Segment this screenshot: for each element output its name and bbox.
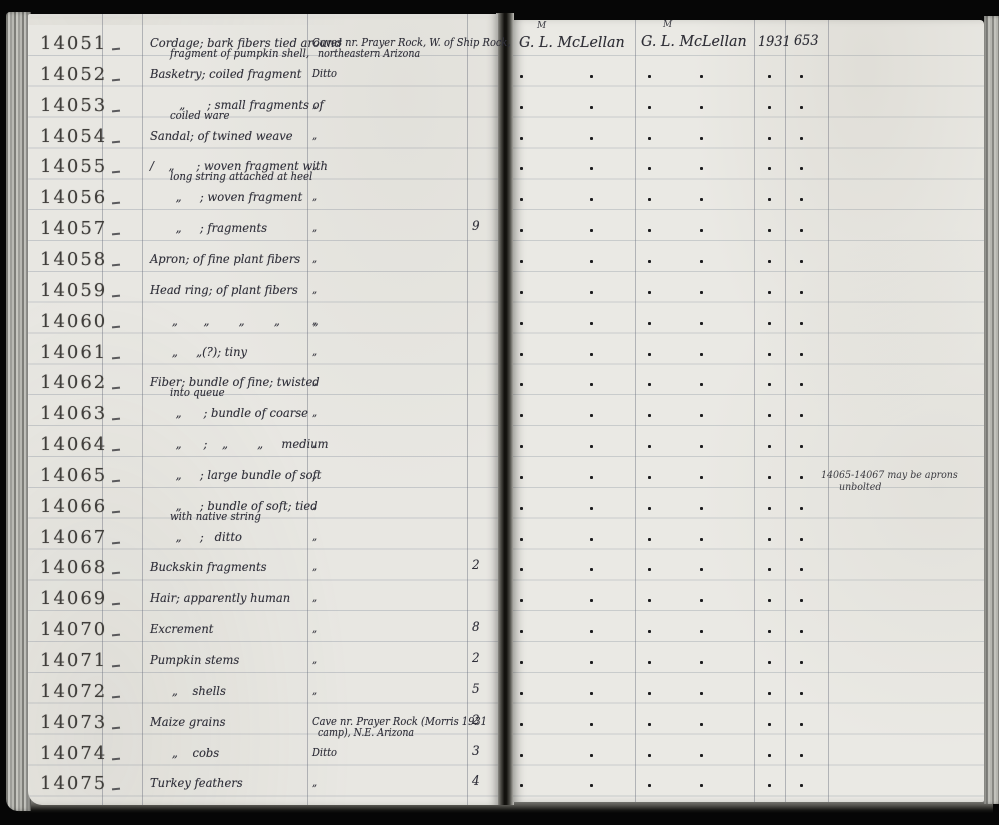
ditto-dot xyxy=(590,445,593,448)
ledger-row: 14061 „ „(?); tiny„ xyxy=(28,342,498,373)
ditto-dot xyxy=(590,568,593,571)
ditto-dot xyxy=(800,198,803,201)
ditto-dot xyxy=(800,599,803,602)
ditto-dot xyxy=(768,568,771,571)
catalog-number: 14074 xyxy=(40,743,107,764)
ditto-dot xyxy=(590,754,593,757)
ledger-row: 14069Hair; apparently human„ xyxy=(28,588,498,619)
locality-line1: „ xyxy=(312,344,317,358)
ditto-dot xyxy=(700,414,703,417)
ditto-dot xyxy=(700,661,703,664)
description-line1: Hair; apparently human xyxy=(150,590,290,605)
description-line1: „ shells xyxy=(150,683,226,698)
catalog-number: 14057 xyxy=(40,218,107,239)
ledger-row: 14067 „ ; ditto„ xyxy=(28,527,498,558)
ledger-right-page: G. L. McLellan M G. L. McLellan M 1931 6… xyxy=(513,20,984,802)
ditto-dot xyxy=(768,198,771,201)
description-line1: Turkey feathers xyxy=(150,775,243,790)
specimen-count: 2 xyxy=(472,558,480,573)
specimen-count: 4 xyxy=(472,774,480,789)
ditto-dot xyxy=(700,198,703,201)
ditto-dot xyxy=(520,167,523,170)
ledger-row: 14074 „ cobsDitto3 xyxy=(28,743,498,774)
ditto-dot xyxy=(800,322,803,325)
ditto-dot xyxy=(520,661,523,664)
dash-mark xyxy=(112,233,120,236)
ditto-dot xyxy=(768,538,771,541)
ditto-dot xyxy=(800,75,803,78)
column-rule-year xyxy=(785,20,786,802)
catalog-number: 14063 xyxy=(40,403,107,424)
ledger-row: 14053 „ ; small fragments ofcoiled ware„ xyxy=(28,95,498,126)
description-line1: „ ; „ „ medium xyxy=(150,436,328,451)
description-line1: „ ; large bundle of soft xyxy=(150,467,321,482)
ditto-dot xyxy=(800,414,803,417)
marginal-annotation-line2: unbolted xyxy=(839,481,881,493)
ditto-dot xyxy=(768,383,771,386)
received-from-name: G. L. McLellan xyxy=(641,32,747,50)
locality-line1: „ xyxy=(312,220,317,234)
ditto-dot xyxy=(700,692,703,695)
description-line1: Buckskin fragments xyxy=(150,559,266,574)
ditto-dot xyxy=(648,630,651,633)
ditto-dot xyxy=(768,661,771,664)
locality-line1: „ xyxy=(312,405,317,419)
catalog-number: 14059 xyxy=(40,280,107,301)
ditto-dot xyxy=(700,507,703,510)
ditto-dot xyxy=(800,538,803,541)
ditto-dot xyxy=(700,291,703,294)
ditto-dot xyxy=(520,353,523,356)
ditto-dot xyxy=(800,507,803,510)
locality-line1: „ xyxy=(312,529,317,543)
ditto-dot xyxy=(768,476,771,479)
ditto-dot xyxy=(648,692,651,695)
ditto-dot xyxy=(800,754,803,757)
ditto-dot xyxy=(590,198,593,201)
ditto-dot xyxy=(768,137,771,140)
ledger-row: 14068Buckskin fragments„2 xyxy=(28,557,498,588)
description-line1: Apron; of fine plant fibers xyxy=(150,251,300,266)
ditto-dot xyxy=(520,568,523,571)
ditto-dot xyxy=(520,414,523,417)
description-line1: Pumpkin stems xyxy=(150,652,239,667)
dash-mark xyxy=(112,603,120,606)
ditto-dot xyxy=(768,260,771,263)
dash-mark xyxy=(112,757,120,760)
ledger-row: 14065 „ ; large bundle of soft„ xyxy=(28,465,498,496)
catalog-number: 14051 xyxy=(40,33,107,54)
ditto-dot xyxy=(700,754,703,757)
description-line2: into queue xyxy=(170,386,225,399)
locality-line1: „ xyxy=(312,590,317,604)
description-line1: „ ; fragments xyxy=(150,220,267,235)
specimen-count: 9 xyxy=(472,219,480,234)
ditto-dot xyxy=(648,291,651,294)
ditto-dot xyxy=(800,353,803,356)
catalog-number: 14056 xyxy=(40,187,107,208)
ditto-dot xyxy=(768,784,771,787)
specimen-count: 3 xyxy=(472,744,480,759)
ditto-dot xyxy=(768,322,771,325)
ditto-dot xyxy=(590,476,593,479)
ditto-dot xyxy=(520,229,523,232)
ditto-dot xyxy=(648,754,651,757)
dash-mark xyxy=(112,325,120,328)
catalog-number: 14065 xyxy=(40,465,107,486)
dash-mark xyxy=(112,479,120,482)
ditto-dot xyxy=(768,414,771,417)
ditto-dot xyxy=(648,599,651,602)
ditto-dot xyxy=(700,445,703,448)
dash-mark xyxy=(112,634,120,637)
ditto-dot xyxy=(590,538,593,541)
ledger-row: 14057 „ ; fragments„9 xyxy=(28,218,498,249)
description-line1: „ ; ditto xyxy=(150,529,242,544)
ledger-row: 14055/ „ ; woven fragment withlong strin… xyxy=(28,156,498,187)
ditto-dot xyxy=(700,229,703,232)
ditto-dot xyxy=(520,137,523,140)
ditto-dot xyxy=(800,260,803,263)
ditto-dot xyxy=(768,599,771,602)
description-line2: with native string xyxy=(170,510,261,523)
ditto-dot xyxy=(648,723,651,726)
ledger-row: 14063 „ ; bundle of coarse„ xyxy=(28,403,498,434)
ditto-dot xyxy=(648,198,651,201)
ditto-dot xyxy=(648,476,651,479)
right-page-stack-edge xyxy=(984,16,999,804)
ditto-dot xyxy=(768,630,771,633)
ditto-dot xyxy=(520,198,523,201)
dash-mark xyxy=(112,171,120,174)
catalog-number: 14071 xyxy=(40,650,107,671)
locality-line1: „ xyxy=(312,158,317,172)
column-rule-accession xyxy=(828,20,829,802)
description-line1: Excrement xyxy=(150,621,213,636)
ditto-dot xyxy=(700,723,703,726)
ditto-dot xyxy=(700,75,703,78)
ledger-row: 14051Cordage; bark fibers tied aroundfra… xyxy=(28,33,498,64)
ditto-dot xyxy=(800,630,803,633)
ledger-row: 14072 „ shells„5 xyxy=(28,681,498,712)
dash-mark xyxy=(112,387,120,390)
dash-mark xyxy=(112,572,120,575)
catalog-number: 14072 xyxy=(40,681,107,702)
ditto-dot xyxy=(768,106,771,109)
ditto-dot xyxy=(590,229,593,232)
ditto-dot xyxy=(800,167,803,170)
description-line2: long string attached at heel xyxy=(170,170,312,183)
ditto-dot xyxy=(590,353,593,356)
locality-line2: northeastern Arizona xyxy=(318,47,420,60)
catalog-number: 14064 xyxy=(40,434,107,455)
ditto-dot xyxy=(590,260,593,263)
dash-mark xyxy=(112,788,120,791)
ditto-dot xyxy=(590,630,593,633)
ditto-dot xyxy=(800,137,803,140)
dash-mark xyxy=(112,48,120,51)
locality-line1: Ditto xyxy=(312,745,337,759)
locality-line1: „ xyxy=(312,775,317,789)
ditto-dot xyxy=(800,476,803,479)
dash-mark xyxy=(112,109,120,112)
description-line1: Sandal; of twined weave xyxy=(150,128,293,143)
catalog-number: 14055 xyxy=(40,156,107,177)
ditto-dot xyxy=(590,383,593,386)
ditto-dot xyxy=(648,322,651,325)
ditto-dot xyxy=(768,754,771,757)
locality-line1: „ xyxy=(312,313,317,327)
ditto-dot xyxy=(648,784,651,787)
accession-number: 653 xyxy=(794,33,818,49)
ditto-dot xyxy=(648,229,651,232)
catalog-number: 14067 xyxy=(40,527,107,548)
catalog-number: 14073 xyxy=(40,712,107,733)
ledger-row: 14066 „ ; bundle of soft; tiedwith nativ… xyxy=(28,496,498,527)
ditto-dot xyxy=(590,414,593,417)
ditto-dot xyxy=(700,568,703,571)
ditto-dot xyxy=(590,507,593,510)
dash-mark xyxy=(112,264,120,267)
dash-mark xyxy=(112,695,120,698)
ditto-dot xyxy=(700,106,703,109)
ditto-dot xyxy=(590,723,593,726)
ledger-row: 14052Basketry; coiled fragmentDitto xyxy=(28,64,498,95)
ditto-dot xyxy=(768,229,771,232)
ledger-row: 14060 „ „ „ „ „„ xyxy=(28,311,498,342)
ditto-dot xyxy=(648,445,651,448)
column-rule-collector xyxy=(635,20,636,802)
ledger-row: 14073Maize grainsCave nr. Prayer Rock (M… xyxy=(28,712,498,743)
dash-mark xyxy=(112,510,120,513)
marginal-annotation-line1: 14065-14067 may be aprons xyxy=(821,469,958,481)
dash-mark xyxy=(112,418,120,421)
locality-line1: „ xyxy=(312,436,317,450)
description-line1: „ cobs xyxy=(150,745,219,760)
locality-line1: „ xyxy=(312,251,317,265)
catalog-number: 14075 xyxy=(40,773,107,794)
ditto-dot xyxy=(700,476,703,479)
ditto-dot xyxy=(648,353,651,356)
ditto-dot xyxy=(768,167,771,170)
year-value: 1931 xyxy=(758,34,791,50)
dash-mark xyxy=(112,294,120,297)
ditto-dot xyxy=(648,538,651,541)
ditto-dot xyxy=(700,383,703,386)
ditto-dot xyxy=(800,445,803,448)
ditto-dot xyxy=(700,260,703,263)
ditto-dot xyxy=(520,75,523,78)
ditto-dot xyxy=(768,353,771,356)
description-line2: coiled ware xyxy=(170,109,229,122)
locality-line1: „ xyxy=(312,282,317,296)
specimen-count: 2 xyxy=(472,651,480,666)
description-line1: „ „(?); tiny xyxy=(150,344,247,359)
ditto-dot xyxy=(520,322,523,325)
ditto-dot xyxy=(590,784,593,787)
ditto-dot xyxy=(520,630,523,633)
ditto-dot xyxy=(520,723,523,726)
ditto-dot xyxy=(700,167,703,170)
ditto-dot xyxy=(648,167,651,170)
ditto-dot xyxy=(700,784,703,787)
ditto-dot xyxy=(590,599,593,602)
ditto-dot xyxy=(800,291,803,294)
collector-name: G. L. McLellan xyxy=(519,33,625,51)
specimen-count: 2 xyxy=(472,713,480,728)
locality-line1: „ xyxy=(312,683,317,697)
ditto-dot xyxy=(520,507,523,510)
ledger-row: 14062Fiber; bundle of fine; twistedinto … xyxy=(28,372,498,403)
ledger-row: 14059Head ring; of plant fibers„ xyxy=(28,280,498,311)
dash-mark xyxy=(112,202,120,205)
ledger-row: 14070Excrement„8 xyxy=(28,619,498,650)
description-line2: fragment of pumpkin shell, xyxy=(170,47,309,60)
specimen-count: 5 xyxy=(472,682,480,697)
description-line1: „ „ „ „ „ xyxy=(150,313,319,328)
ditto-dot xyxy=(590,661,593,664)
catalog-number: 14053 xyxy=(40,95,107,116)
ditto-dot xyxy=(520,291,523,294)
ditto-dot xyxy=(648,568,651,571)
ditto-dot xyxy=(800,568,803,571)
ditto-dot xyxy=(520,476,523,479)
dash-mark xyxy=(112,665,120,668)
dash-mark xyxy=(112,78,120,81)
ditto-dot xyxy=(648,137,651,140)
ditto-dot xyxy=(800,723,803,726)
ditto-dot xyxy=(520,754,523,757)
ledger-row: 14054Sandal; of twined weave„ xyxy=(28,126,498,157)
ditto-dot xyxy=(590,167,593,170)
ditto-dot xyxy=(648,75,651,78)
column-rule-received xyxy=(754,20,755,802)
book-gutter xyxy=(496,13,514,805)
ditto-dot xyxy=(700,322,703,325)
ditto-dot xyxy=(768,692,771,695)
received-from-superscript: M xyxy=(663,20,672,30)
ditto-dot xyxy=(800,692,803,695)
description-line1: „ ; woven fragment xyxy=(150,189,302,204)
collector-superscript: M xyxy=(537,21,546,31)
ditto-dot xyxy=(520,106,523,109)
dash-mark xyxy=(112,541,120,544)
ditto-dot xyxy=(520,599,523,602)
ditto-dot xyxy=(700,630,703,633)
ditto-dot xyxy=(520,260,523,263)
locality-line1: „ xyxy=(312,498,317,512)
catalog-number: 14066 xyxy=(40,496,107,517)
ditto-dot xyxy=(800,229,803,232)
ditto-dot xyxy=(700,353,703,356)
ditto-dot xyxy=(768,445,771,448)
catalog-number: 14052 xyxy=(40,64,107,85)
ledger-left-page: 14051Cordage; bark fibers tied aroundfra… xyxy=(28,14,498,805)
ditto-dot xyxy=(800,383,803,386)
description-line1: Head ring; of plant fibers xyxy=(150,282,298,297)
ditto-dot xyxy=(700,599,703,602)
ditto-dot xyxy=(648,661,651,664)
ledger-row: 14056 „ ; woven fragment„ xyxy=(28,187,498,218)
ditto-dot xyxy=(590,106,593,109)
ditto-dot xyxy=(768,75,771,78)
ledger-row: 14075Turkey feathers„4 xyxy=(28,773,498,804)
ditto-dot xyxy=(590,322,593,325)
description-line1: Basketry; coiled fragment xyxy=(150,66,301,81)
ditto-dot xyxy=(520,538,523,541)
locality-line1: Ditto xyxy=(312,66,337,80)
locality-line1: „ xyxy=(312,374,317,388)
ditto-dot xyxy=(768,291,771,294)
ditto-dot xyxy=(648,260,651,263)
ditto-dot xyxy=(590,137,593,140)
ditto-dot xyxy=(648,383,651,386)
ditto-dot xyxy=(520,445,523,448)
ledger-row: 14058Apron; of fine plant fibers„ xyxy=(28,249,498,280)
locality-line1: „ xyxy=(312,97,317,111)
ditto-dot xyxy=(800,784,803,787)
catalog-number: 14058 xyxy=(40,249,107,270)
specimen-count: 8 xyxy=(472,620,480,635)
catalog-number: 14069 xyxy=(40,588,107,609)
description-line1: „ ; bundle of coarse xyxy=(150,405,308,420)
locality-line1: „ xyxy=(312,189,317,203)
ditto-dot xyxy=(520,692,523,695)
dash-mark xyxy=(112,726,120,729)
ditto-dot xyxy=(590,692,593,695)
locality-line1: „ xyxy=(312,467,317,481)
locality-line1: „ xyxy=(312,559,317,573)
dash-mark xyxy=(112,140,120,143)
dash-mark xyxy=(112,356,120,359)
catalog-number: 14070 xyxy=(40,619,107,640)
ditto-dot xyxy=(768,507,771,510)
dash-mark xyxy=(112,449,120,452)
ditto-dot xyxy=(768,723,771,726)
locality-line1: „ xyxy=(312,652,317,666)
catalog-number: 14068 xyxy=(40,557,107,578)
ditto-dot xyxy=(700,137,703,140)
ditto-dot xyxy=(800,106,803,109)
ditto-dot xyxy=(700,538,703,541)
catalog-number: 14054 xyxy=(40,126,107,147)
locality-line1: „ xyxy=(312,128,317,142)
ditto-dot xyxy=(520,784,523,787)
ditto-dot xyxy=(590,291,593,294)
catalog-number: 14062 xyxy=(40,372,107,393)
ditto-dot xyxy=(800,661,803,664)
ledger-row: 14064 „ ; „ „ medium„ xyxy=(28,434,498,465)
catalog-number: 14061 xyxy=(40,342,107,363)
description-line1: Maize grains xyxy=(150,714,226,729)
ditto-dot xyxy=(648,414,651,417)
ditto-dot xyxy=(590,75,593,78)
locality-line2: camp), N.E. Arizona xyxy=(318,726,414,739)
ditto-dot xyxy=(648,106,651,109)
ditto-dot xyxy=(520,383,523,386)
ditto-dot xyxy=(648,507,651,510)
catalog-number: 14060 xyxy=(40,311,107,332)
ledger-row: 14071Pumpkin stems„2 xyxy=(28,650,498,681)
locality-line1: „ xyxy=(312,621,317,635)
